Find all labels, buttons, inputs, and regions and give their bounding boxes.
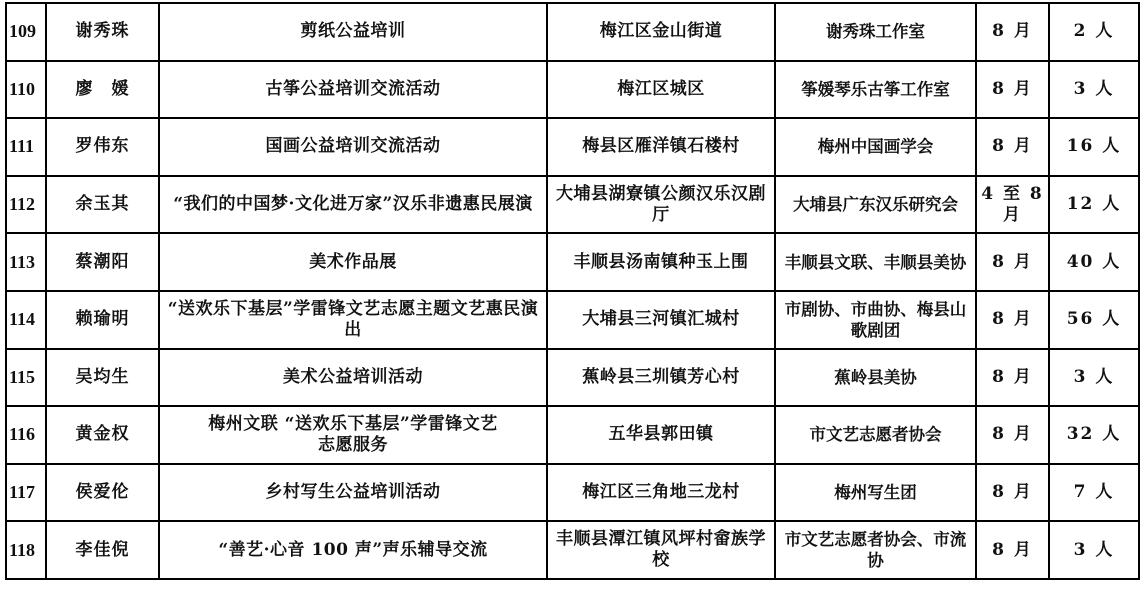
person-name: 谢秀珠 <box>46 3 159 61</box>
activity-month: 8 月 <box>976 233 1049 291</box>
activity-location: 丰顺县汤南镇种玉上围 <box>547 233 775 291</box>
activity-month: 8 月 <box>976 521 1049 579</box>
organizer: 谢秀珠工作室 <box>775 3 976 61</box>
person-name: 吴均生 <box>46 349 159 407</box>
organizer: 丰顺县文联、丰顺县美协 <box>775 233 976 291</box>
organizer: 市文艺志愿者协会 <box>775 406 976 464</box>
person-name: 余玉其 <box>46 176 159 234</box>
row-number: 110 <box>6 61 46 119</box>
activity-table-body: 109 谢秀珠 剪纸公益培训 梅江区金山街道 谢秀珠工作室 8 月 2 人 11… <box>6 3 1139 579</box>
activity-location: 蕉岭县三圳镇芳心村 <box>547 349 775 407</box>
row-number: 112 <box>6 176 46 234</box>
person-name: 黄金权 <box>46 406 159 464</box>
table-row: 112 余玉其 “我们的中国梦·文化进万家”汉乐非遗惠民展演 大埔县湖寮镇公颜汉… <box>6 176 1139 234</box>
row-number: 117 <box>6 464 46 522</box>
participant-count: 12 人 <box>1049 176 1139 234</box>
row-number: 111 <box>6 118 46 176</box>
table-row: 118 李佳倪 “善艺·心音 100 声”声乐辅导交流 丰顺县潭江镇风坪村畲族学… <box>6 521 1139 579</box>
participant-count: 32 人 <box>1049 406 1139 464</box>
person-name: 赖瑜明 <box>46 291 159 349</box>
activity-location: 梅江区城区 <box>547 61 775 119</box>
activity-name: 国画公益培训交流活动 <box>159 118 547 176</box>
organizer: 梅州写生团 <box>775 464 976 522</box>
table-row: 110 廖 媛 古筝公益培训交流活动 梅江区城区 筝媛琴乐古筝工作室 8 月 3… <box>6 61 1139 119</box>
row-number: 115 <box>6 349 46 407</box>
row-number: 118 <box>6 521 46 579</box>
activity-month: 8 月 <box>976 118 1049 176</box>
activity-name: 梅州文联 “送欢乐下基层”学雷锋文艺志愿服务 <box>159 406 547 464</box>
activity-table: 109 谢秀珠 剪纸公益培训 梅江区金山街道 谢秀珠工作室 8 月 2 人 11… <box>5 2 1140 580</box>
participant-count: 16 人 <box>1049 118 1139 176</box>
activity-name: 美术公益培训活动 <box>159 349 547 407</box>
participant-count: 7 人 <box>1049 464 1139 522</box>
row-number: 114 <box>6 291 46 349</box>
activity-month: 4 至 8 月 <box>976 176 1049 234</box>
activity-month: 8 月 <box>976 291 1049 349</box>
table-row: 111 罗伟东 国画公益培训交流活动 梅县区雁洋镇石楼村 梅州中国画学会 8 月… <box>6 118 1139 176</box>
participant-count: 3 人 <box>1049 349 1139 407</box>
activity-location: 大埔县三河镇汇城村 <box>547 291 775 349</box>
activity-month: 8 月 <box>976 406 1049 464</box>
activity-location: 梅江区金山街道 <box>547 3 775 61</box>
activity-location: 丰顺县潭江镇风坪村畲族学校 <box>547 521 775 579</box>
participant-count: 3 人 <box>1049 61 1139 119</box>
table-row: 109 谢秀珠 剪纸公益培训 梅江区金山街道 谢秀珠工作室 8 月 2 人 <box>6 3 1139 61</box>
person-name: 李佳倪 <box>46 521 159 579</box>
activity-location: 梅江区三角地三龙村 <box>547 464 775 522</box>
organizer: 蕉岭县美协 <box>775 349 976 407</box>
activity-name: “送欢乐下基层”学雷锋文艺志愿主题文艺惠民演出 <box>159 291 547 349</box>
table-row: 114 赖瑜明 “送欢乐下基层”学雷锋文艺志愿主题文艺惠民演出 大埔县三河镇汇城… <box>6 291 1139 349</box>
person-name: 侯爱伦 <box>46 464 159 522</box>
activity-month: 8 月 <box>976 464 1049 522</box>
table-row: 117 侯爱伦 乡村写生公益培训活动 梅江区三角地三龙村 梅州写生团 8 月 7… <box>6 464 1139 522</box>
activity-month: 8 月 <box>976 3 1049 61</box>
organizer: 市剧协、市曲协、梅县山歌剧团 <box>775 291 976 349</box>
activity-name: “善艺·心音 100 声”声乐辅导交流 <box>159 521 547 579</box>
participant-count: 2 人 <box>1049 3 1139 61</box>
participant-count: 56 人 <box>1049 291 1139 349</box>
activity-location: 梅县区雁洋镇石楼村 <box>547 118 775 176</box>
table-row: 113 蔡潮阳 美术作品展 丰顺县汤南镇种玉上围 丰顺县文联、丰顺县美协 8 月… <box>6 233 1139 291</box>
organizer: 筝媛琴乐古筝工作室 <box>775 61 976 119</box>
activity-month: 8 月 <box>976 349 1049 407</box>
person-name: 廖 媛 <box>46 61 159 119</box>
activity-name: 乡村写生公益培训活动 <box>159 464 547 522</box>
activity-name: 剪纸公益培训 <box>159 3 547 61</box>
row-number: 109 <box>6 3 46 61</box>
activity-name: “我们的中国梦·文化进万家”汉乐非遗惠民展演 <box>159 176 547 234</box>
participant-count: 3 人 <box>1049 521 1139 579</box>
person-name: 罗伟东 <box>46 118 159 176</box>
person-name: 蔡潮阳 <box>46 233 159 291</box>
activity-name: 美术作品展 <box>159 233 547 291</box>
activity-location: 大埔县湖寮镇公颜汉乐汉剧厅 <box>547 176 775 234</box>
activity-location: 五华县郭田镇 <box>547 406 775 464</box>
row-number: 116 <box>6 406 46 464</box>
activity-name: 古筝公益培训交流活动 <box>159 61 547 119</box>
organizer: 梅州中国画学会 <box>775 118 976 176</box>
table-row: 116 黄金权 梅州文联 “送欢乐下基层”学雷锋文艺志愿服务 五华县郭田镇 市文… <box>6 406 1139 464</box>
organizer: 大埔县广东汉乐研究会 <box>775 176 976 234</box>
row-number: 113 <box>6 233 46 291</box>
activity-month: 8 月 <box>976 61 1049 119</box>
organizer: 市文艺志愿者协会、市流协 <box>775 521 976 579</box>
table-row: 115 吴均生 美术公益培训活动 蕉岭县三圳镇芳心村 蕉岭县美协 8 月 3 人 <box>6 349 1139 407</box>
participant-count: 40 人 <box>1049 233 1139 291</box>
